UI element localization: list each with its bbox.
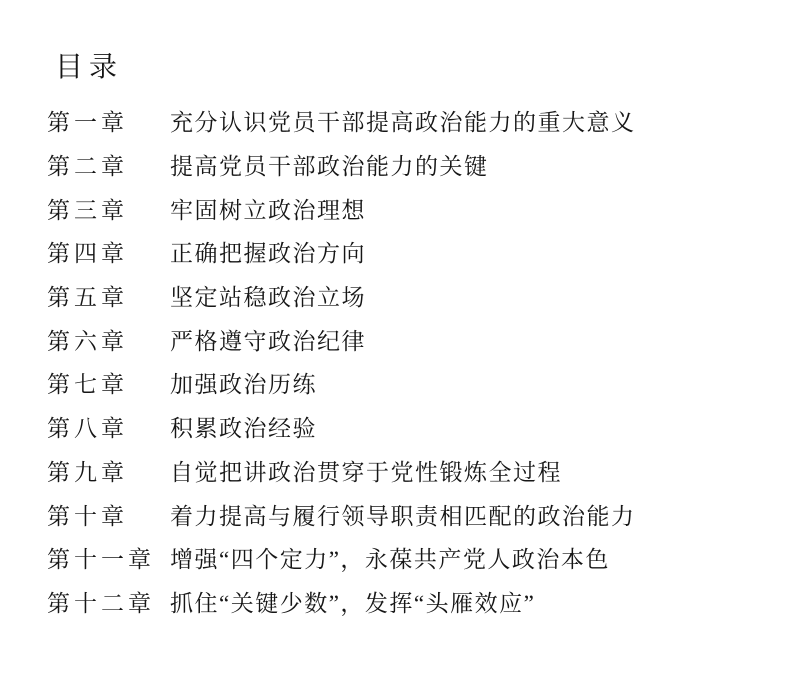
chapter-title: 积累政治经验 — [170, 417, 780, 440]
chapter-number: 第七章 — [47, 373, 170, 396]
chapter-row: 第二章 提高党员干部政治能力的关键 — [47, 145, 780, 189]
chapter-title: 提高党员干部政治能力的关键 — [170, 155, 780, 178]
chapter-number: 第四章 — [47, 242, 170, 265]
chapter-title: 坚定站稳政治立场 — [170, 286, 780, 309]
chapter-number: 第十章 — [47, 505, 170, 528]
chapter-row: 第十二章 抓住“关键少数”，发挥“头雁效应” — [47, 582, 780, 626]
chapter-title: 加强政治历练 — [170, 373, 780, 396]
chapter-number: 第十一章 — [47, 548, 170, 571]
chapter-number: 第六章 — [47, 330, 170, 353]
chapter-title: 增强“四个定力”，永葆共产党人政治本色 — [170, 548, 780, 571]
chapter-number: 第九章 — [47, 461, 170, 484]
chapter-number: 第三章 — [47, 199, 170, 222]
chapter-number: 第二章 — [47, 155, 170, 178]
chapter-row: 第九章 自觉把讲政治贯穿于党性锻炼全过程 — [47, 451, 780, 495]
chapter-number: 第八章 — [47, 417, 170, 440]
chapter-title: 着力提高与履行领导职责相匹配的政治能力 — [170, 505, 780, 528]
chapter-title: 充分认识党员干部提高政治能力的重大意义 — [170, 111, 780, 134]
chapter-row: 第十一章 增强“四个定力”，永葆共产党人政治本色 — [47, 538, 780, 582]
chapter-list: 第一章 充分认识党员干部提高政治能力的重大意义 第二章 提高党员干部政治能力的关… — [47, 101, 780, 625]
chapter-row: 第三章 牢固树立政治理想 — [47, 188, 780, 232]
page-title: 目录 — [55, 54, 123, 82]
chapter-title: 牢固树立政治理想 — [170, 199, 780, 222]
chapter-title: 正确把握政治方向 — [170, 242, 780, 265]
chapter-row: 第一章 充分认识党员干部提高政治能力的重大意义 — [47, 101, 780, 145]
chapter-title: 自觉把讲政治贯穿于党性锻炼全过程 — [170, 461, 780, 484]
chapter-number: 第十二章 — [47, 592, 170, 615]
chapter-number: 第一章 — [47, 111, 170, 134]
chapter-row: 第五章 坚定站稳政治立场 — [47, 276, 780, 320]
chapter-number: 第五章 — [47, 286, 170, 309]
chapter-title: 抓住“关键少数”，发挥“头雁效应” — [170, 592, 780, 615]
chapter-row: 第四章 正确把握政治方向 — [47, 232, 780, 276]
chapter-title: 严格遵守政治纪律 — [170, 330, 780, 353]
chapter-row: 第八章 积累政治经验 — [47, 407, 780, 451]
chapter-row: 第十章 着力提高与履行领导职责相匹配的政治能力 — [47, 494, 780, 538]
chapter-row: 第七章 加强政治历练 — [47, 363, 780, 407]
document-page: 目录 第一章 充分认识党员干部提高政治能力的重大意义 第二章 提高党员干部政治能… — [0, 0, 800, 677]
chapter-row: 第六章 严格遵守政治纪律 — [47, 319, 780, 363]
